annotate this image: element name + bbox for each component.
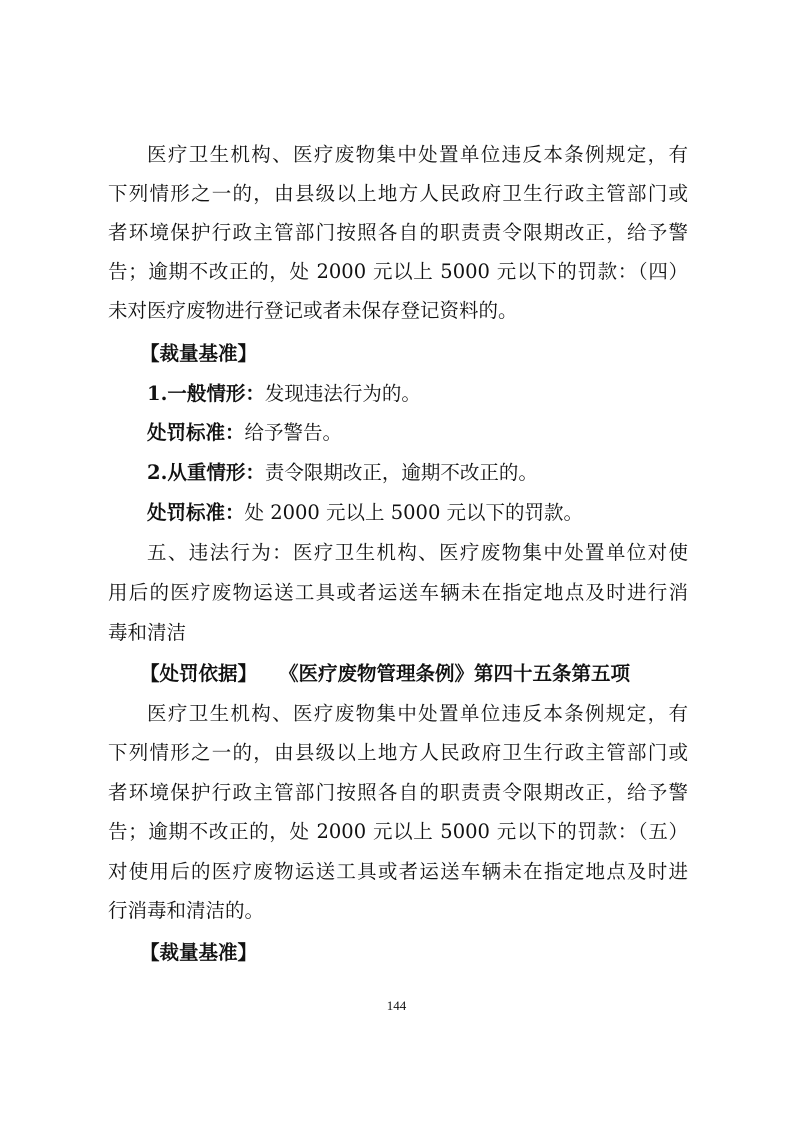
penalty-label-1: 处罚标准： <box>147 421 245 444</box>
paragraph-1-line-4: 告；逾期不改正的，处 2000 元以上 5000 元以下的罚款：（四） <box>108 259 688 285</box>
paragraph-1-line-3: 者环境保护行政主管部门按照各自的职责责令限期改正，给予警 <box>108 220 688 246</box>
violation-5-line-1: 五、违法行为：医疗卫生机构、医疗废物集中处置单位对使 <box>108 540 688 566</box>
paragraph-2-line-4: 告；逾期不改正的，处 2000 元以上 5000 元以下的罚款：（五） <box>108 819 688 845</box>
penalty-text-1: 给予警告。 <box>245 421 343 444</box>
paragraph-2-line-6: 行消毒和清洁的。 <box>108 898 264 924</box>
paragraph-2-line-2: 下列情形之一的，由县级以上地方人民政府卫生行政主管部门或 <box>108 740 688 766</box>
paragraph-2-line-3: 者环境保护行政主管部门按照各自的职责责令限期改正，给予警 <box>108 780 688 806</box>
criteria-general-label: 1.一般情形： <box>147 382 265 405</box>
criteria-general-text: 发现违法行为的。 <box>265 382 421 405</box>
paragraph-2-line-5: 对使用后的医疗废物运送工具或者运送车辆未在指定地点及时进 <box>108 859 688 885</box>
paragraph-1-line-2: 下列情形之一的，由县级以上地方人民政府卫生行政主管部门或 <box>108 181 688 207</box>
paragraph-2-line-1: 医疗卫生机构、医疗废物集中处置单位违反本条例规定，有 <box>108 701 688 727</box>
penalty-label-2: 处罚标准： <box>147 501 245 524</box>
criteria-general: 1.一般情形：发现违法行为的。 <box>147 381 421 407</box>
penalty-basis-label: 【处罚依据】 <box>140 662 257 685</box>
paragraph-1-line-5: 未对医疗废物进行登记或者未保存登记资料的。 <box>108 298 518 324</box>
paragraph-1-line-1: 医疗卫生机构、医疗废物集中处置单位违反本条例规定，有 <box>108 142 688 168</box>
violation-5-line-3: 毒和清洁 <box>108 620 186 646</box>
section-heading-discretion: 【裁量基准】 <box>140 341 257 367</box>
page-number: 144 <box>0 998 793 1014</box>
criteria-serious-label: 2.从重情形： <box>147 461 265 484</box>
violation-5-line-2: 用后的医疗废物运送工具或者运送车辆未在指定地点及时进行消 <box>108 580 688 606</box>
penalty-basis-text: 《医疗废物管理条例》第四十五条第五项 <box>279 662 630 685</box>
penalty-basis: 【处罚依据】《医疗废物管理条例》第四十五条第五项 <box>140 661 630 687</box>
criteria-penalty-2: 处罚标准：处 2000 元以上 5000 元以下的罚款。 <box>147 500 583 526</box>
criteria-penalty-1: 处罚标准：给予警告。 <box>147 420 342 446</box>
penalty-text-2: 处 2000 元以上 5000 元以下的罚款。 <box>245 501 584 524</box>
section-heading-discretion-2: 【裁量基准】 <box>140 940 257 966</box>
criteria-serious-text: 责令限期改正，逾期不改正的。 <box>265 461 538 484</box>
criteria-serious: 2.从重情形：责令限期改正，逾期不改正的。 <box>147 460 538 486</box>
